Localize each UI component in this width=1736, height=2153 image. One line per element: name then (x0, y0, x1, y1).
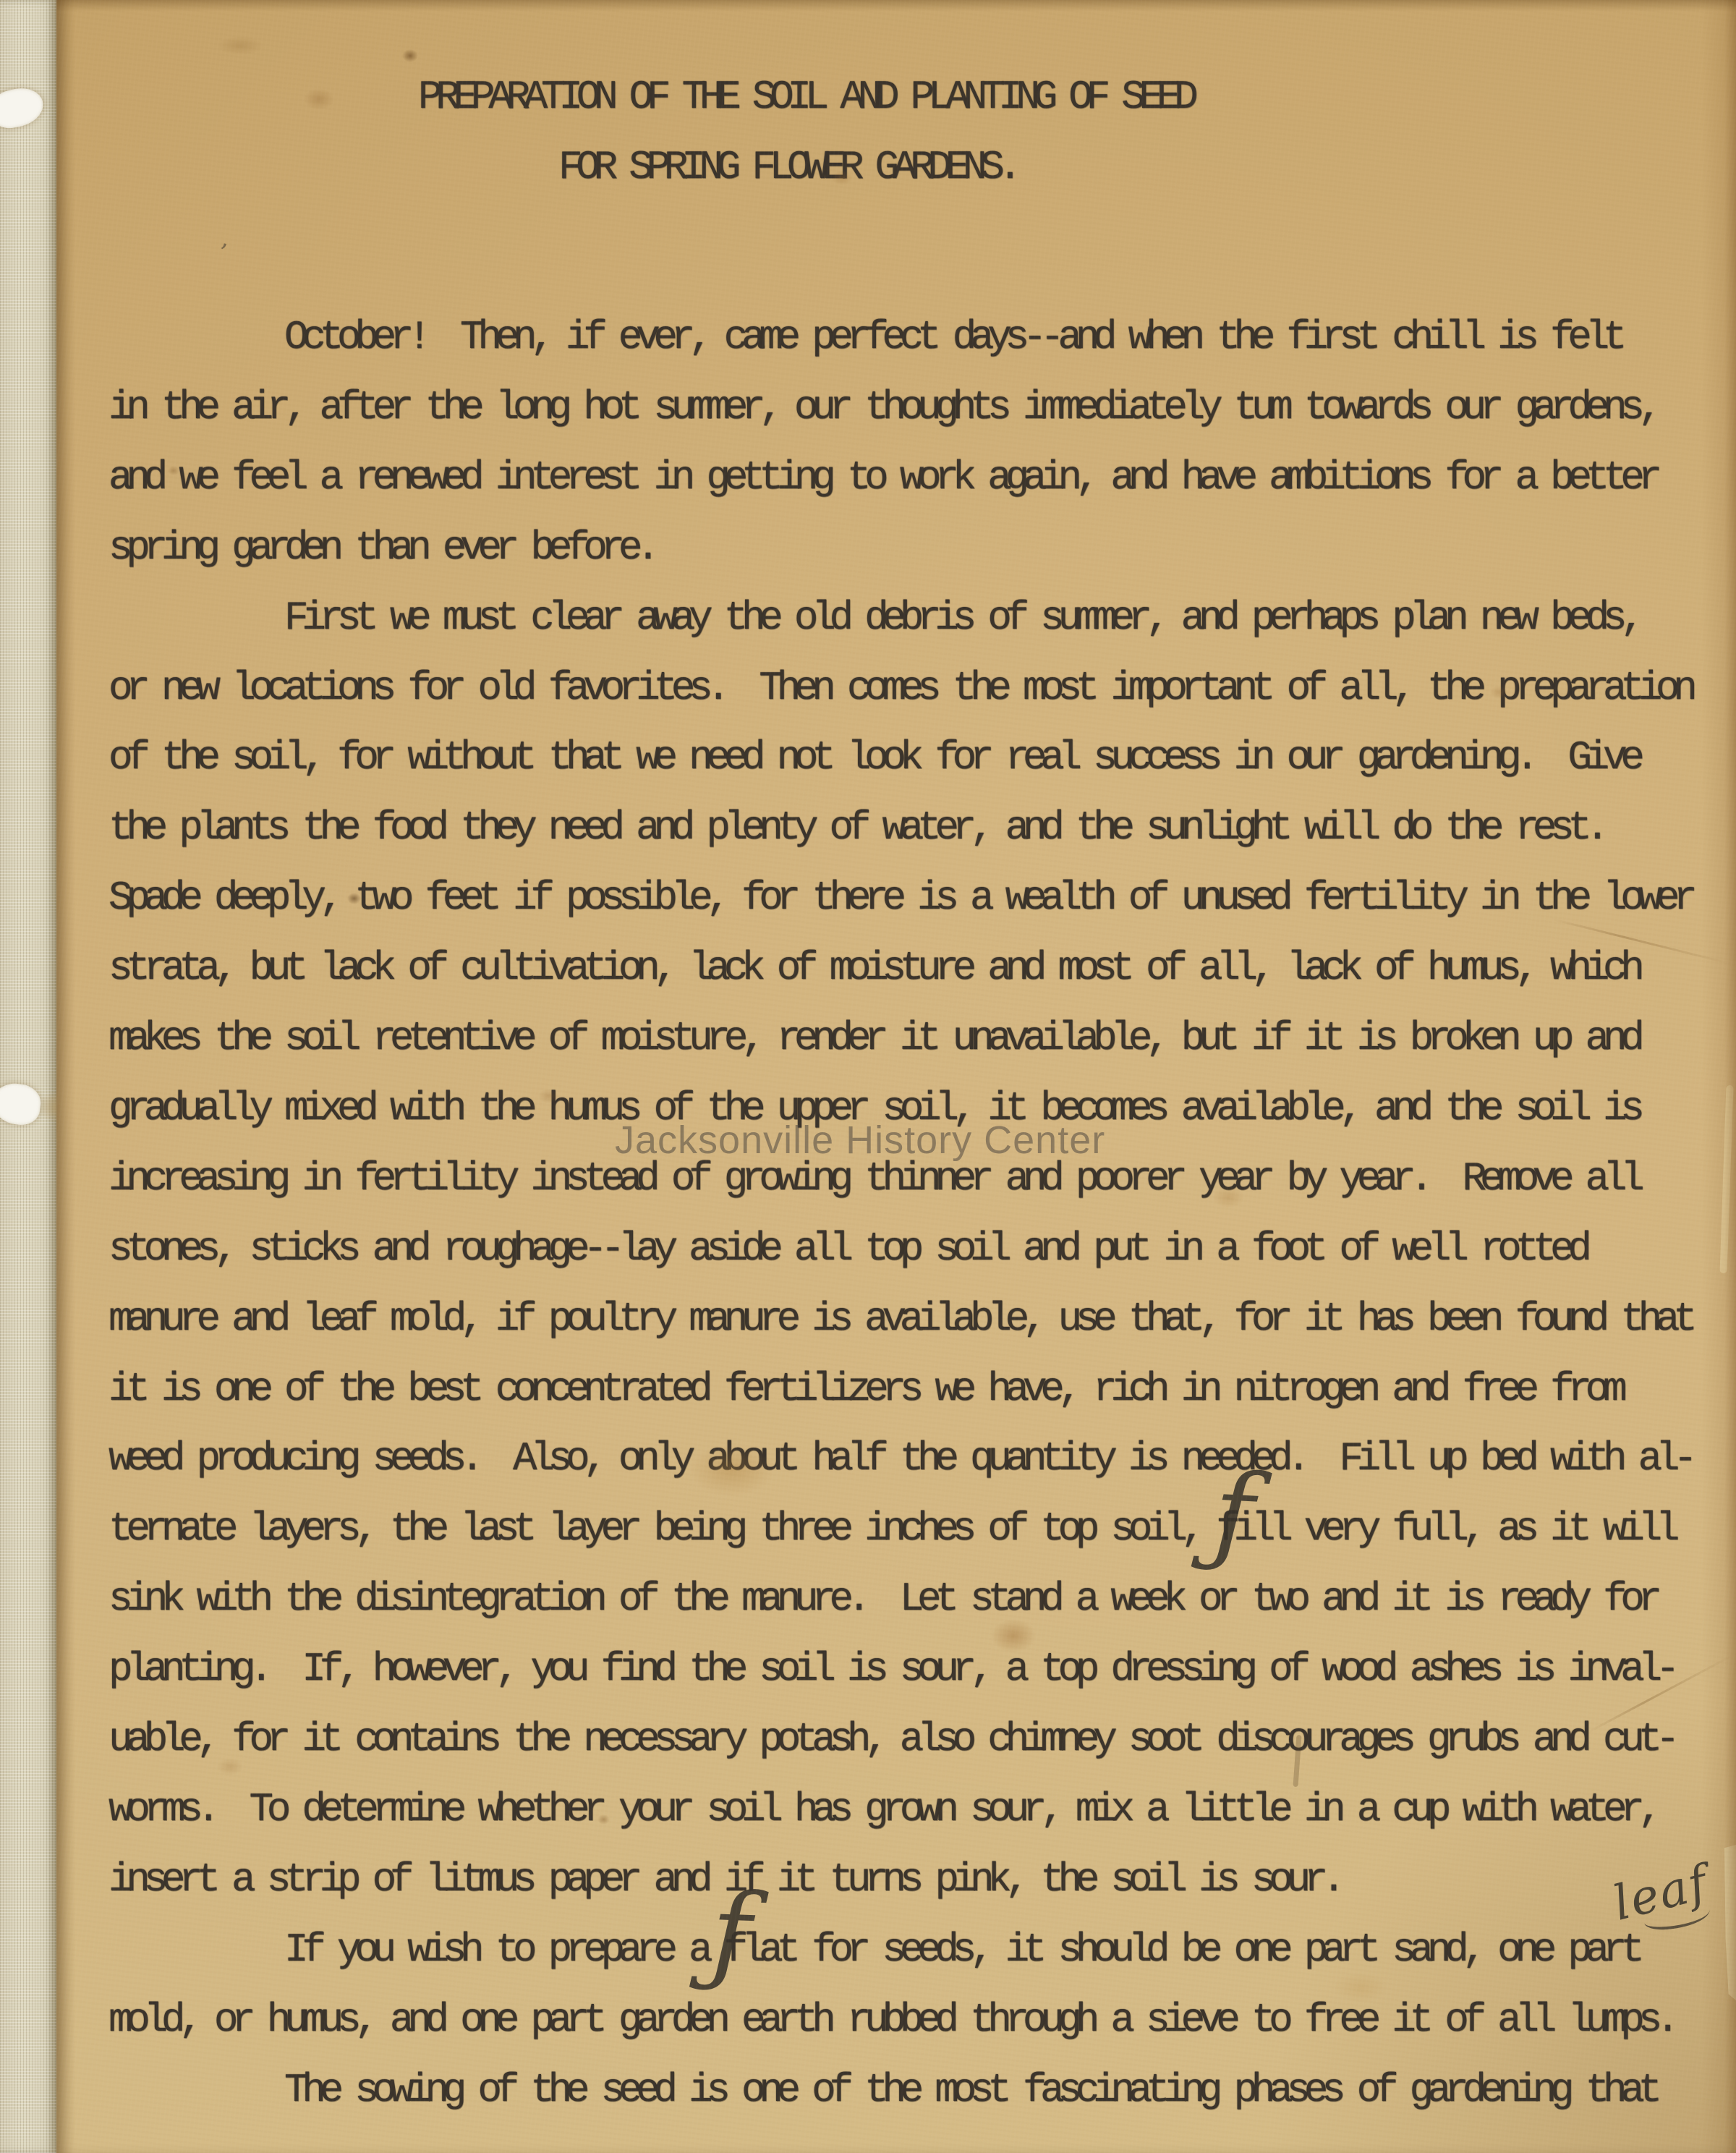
typed-line: October! Then, if ever, came perfect day… (109, 315, 1620, 359)
handwritten-f-correction: ƒ (709, 1879, 753, 1989)
typed-line: of the soil, for without that we need no… (109, 736, 1638, 779)
typed-line: it is one of the best concentrated ferti… (109, 1367, 1620, 1411)
stain (402, 49, 418, 62)
watermark: Jacksonville History Center (615, 1118, 1105, 1163)
typed-line: the plants the food they need and plenty… (109, 806, 1603, 849)
typed-line: weed producing seeds. Also, only about h… (109, 1437, 1691, 1480)
crease (1719, 1085, 1733, 1273)
stain (217, 36, 263, 55)
typed-line: increasing in fertility instead of growi… (109, 1157, 1638, 1200)
torn-edge (1724, 1845, 1736, 2000)
document-page: PREPARATION OF THE SOIL AND PLANTING OF … (56, 0, 1736, 2153)
typed-line: If you wish to prepare a flat for seeds,… (109, 1928, 1638, 1971)
typed-line: mold, or humus, and one part garden eart… (109, 1998, 1673, 2042)
typed-line: or new locations for old favorites. Then… (109, 666, 1691, 710)
typed-line: worms. To determine whether your soil ha… (109, 1788, 1656, 1831)
binding-cloth-edge (0, 0, 56, 2153)
typed-line: First we must clear away the old debris … (109, 596, 1638, 640)
typed-line: manure and leaf mold, if poultry manure … (109, 1297, 1691, 1341)
typed-line: and we feel a renewed interest in gettin… (109, 456, 1656, 499)
typed-line: Spade deeply, two feet if possible, for … (109, 876, 1691, 920)
document-title-line-1: PREPARATION OF THE SOIL AND PLANTING OF … (418, 75, 1191, 119)
typed-line: makes the soil retentive of moisture, re… (109, 1016, 1638, 1060)
typed-line: ternate layers, the last layer being thr… (109, 1507, 1673, 1550)
handwritten-leaf-note: leaf (1608, 1854, 1714, 1932)
typed-line: The sowing of the seed is one of the mos… (109, 2068, 1656, 2112)
punch-hole (0, 84, 47, 132)
handwritten-f-correction: ƒ (1211, 1459, 1256, 1570)
typed-line: uable, for it contains the necessary pot… (109, 1717, 1673, 1761)
typed-line: stones, sticks and roughage--lay aside a… (109, 1227, 1586, 1270)
typed-line: sink with the disintegration of the manu… (109, 1577, 1656, 1621)
typed-line: strata, but lack of cultivation, lack of… (109, 946, 1638, 990)
typed-line: spring garden than ever before. (109, 526, 653, 569)
stray-ink-mark: ’ (216, 238, 229, 268)
punch-hole (0, 1081, 43, 1128)
document-title-line-2: FOR SPRING FLOWER GARDENS. (558, 145, 1016, 189)
typed-line: in the air, after the long hot summer, o… (109, 386, 1656, 429)
typed-line: planting. If, however, you find the soil… (109, 1647, 1673, 1691)
stain (304, 88, 334, 110)
